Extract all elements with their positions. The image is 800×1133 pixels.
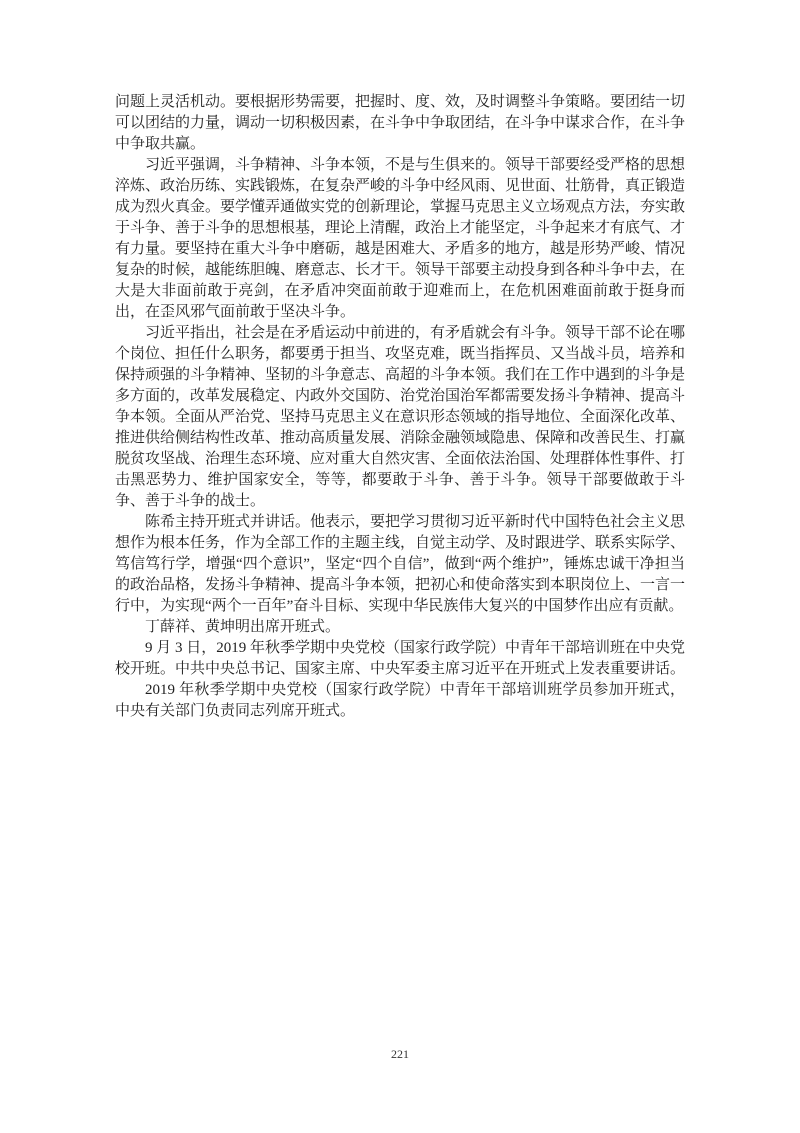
paragraph: 习近平强调，斗争精神、斗争本领，不是与生俱来的。领导干部要经受严格的思想淬炼、政… <box>115 155 685 323</box>
paragraph-continuation: 问题上灵活机动。要根据形势需要，把握时、度、效，及时调整斗争策略。要团结一切可以… <box>115 92 685 155</box>
paragraph: 9 月 3 日，2019 年秋季学期中央党校（国家行政学院）中青年干部培训班在中… <box>115 638 685 680</box>
document-text-block: 问题上灵活机动。要根据形势需要，把握时、度、效，及时调整斗争策略。要团结一切可以… <box>115 92 685 722</box>
paragraph: 陈希主持开班式并讲话。他表示，要把学习贯彻习近平新时代中国特色社会主义思想作为根… <box>115 512 685 617</box>
page-number: 221 <box>0 1046 800 1062</box>
paragraph: 习近平指出，社会是在矛盾运动中前进的，有矛盾就会有斗争。领导干部不论在哪个岗位、… <box>115 323 685 512</box>
paragraph: 2019 年秋季学期中央党校（国家行政学院）中青年干部培训班学员参加开班式，中央… <box>115 680 685 722</box>
document-page: 问题上灵活机动。要根据形势需要，把握时、度、效，及时调整斗争策略。要团结一切可以… <box>0 0 800 1133</box>
paragraph: 丁薛祥、黄坤明出席开班式。 <box>115 617 685 638</box>
